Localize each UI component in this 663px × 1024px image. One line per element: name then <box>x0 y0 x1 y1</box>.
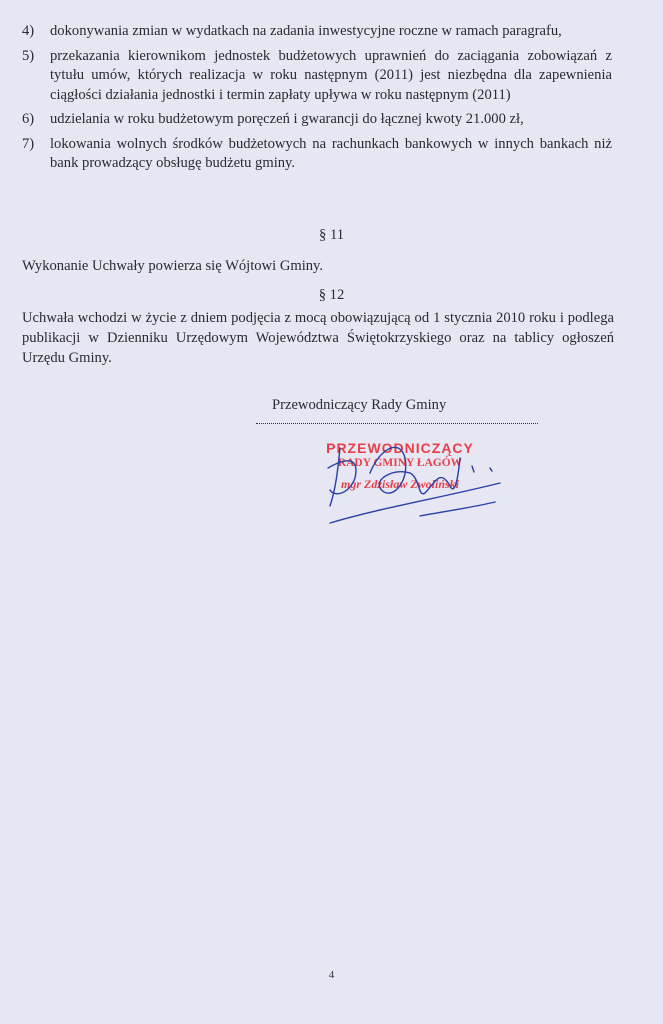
page-number: 4 <box>0 969 663 981</box>
list-text: przekazania kierownikom jednostek budżet… <box>50 47 612 106</box>
list-item: 7) lokowania wolnych środków budżetowych… <box>22 135 612 174</box>
document-page: 4) dokonywania zmian w wydatkach na zada… <box>0 0 663 1024</box>
section-11-text: Wykonanie Uchwały powierza się Wójtowi G… <box>22 256 614 276</box>
list-text: dokonywania zmian w wydatkach na zadania… <box>50 22 612 42</box>
list-item: 4) dokonywania zmian w wydatkach na zada… <box>22 22 612 42</box>
list-text: udzielania w roku budżetowym poręczeń i … <box>50 110 612 130</box>
list-number: 7) <box>22 135 50 174</box>
authorization-list: 4) dokonywania zmian w wydatkach na zada… <box>22 22 612 179</box>
list-item: 6) udzielania w roku budżetowym poręczeń… <box>22 110 612 130</box>
section-12-heading: § 12 <box>0 287 663 304</box>
handwritten-signature-icon <box>300 428 520 528</box>
section-11-heading: § 11 <box>0 227 663 244</box>
section-12-text: Uchwała wchodzi w życie z dniem podjęcia… <box>22 308 614 368</box>
list-item: 5) przekazania kierownikom jednostek bud… <box>22 47 612 106</box>
list-text: lokowania wolnych środków budżetowych na… <box>50 135 612 174</box>
list-number: 4) <box>22 22 50 42</box>
list-number: 5) <box>22 47 50 106</box>
signature-line <box>256 423 538 424</box>
list-number: 6) <box>22 110 50 130</box>
chairman-title: Przewodniczący Rady Gminy <box>272 397 446 414</box>
